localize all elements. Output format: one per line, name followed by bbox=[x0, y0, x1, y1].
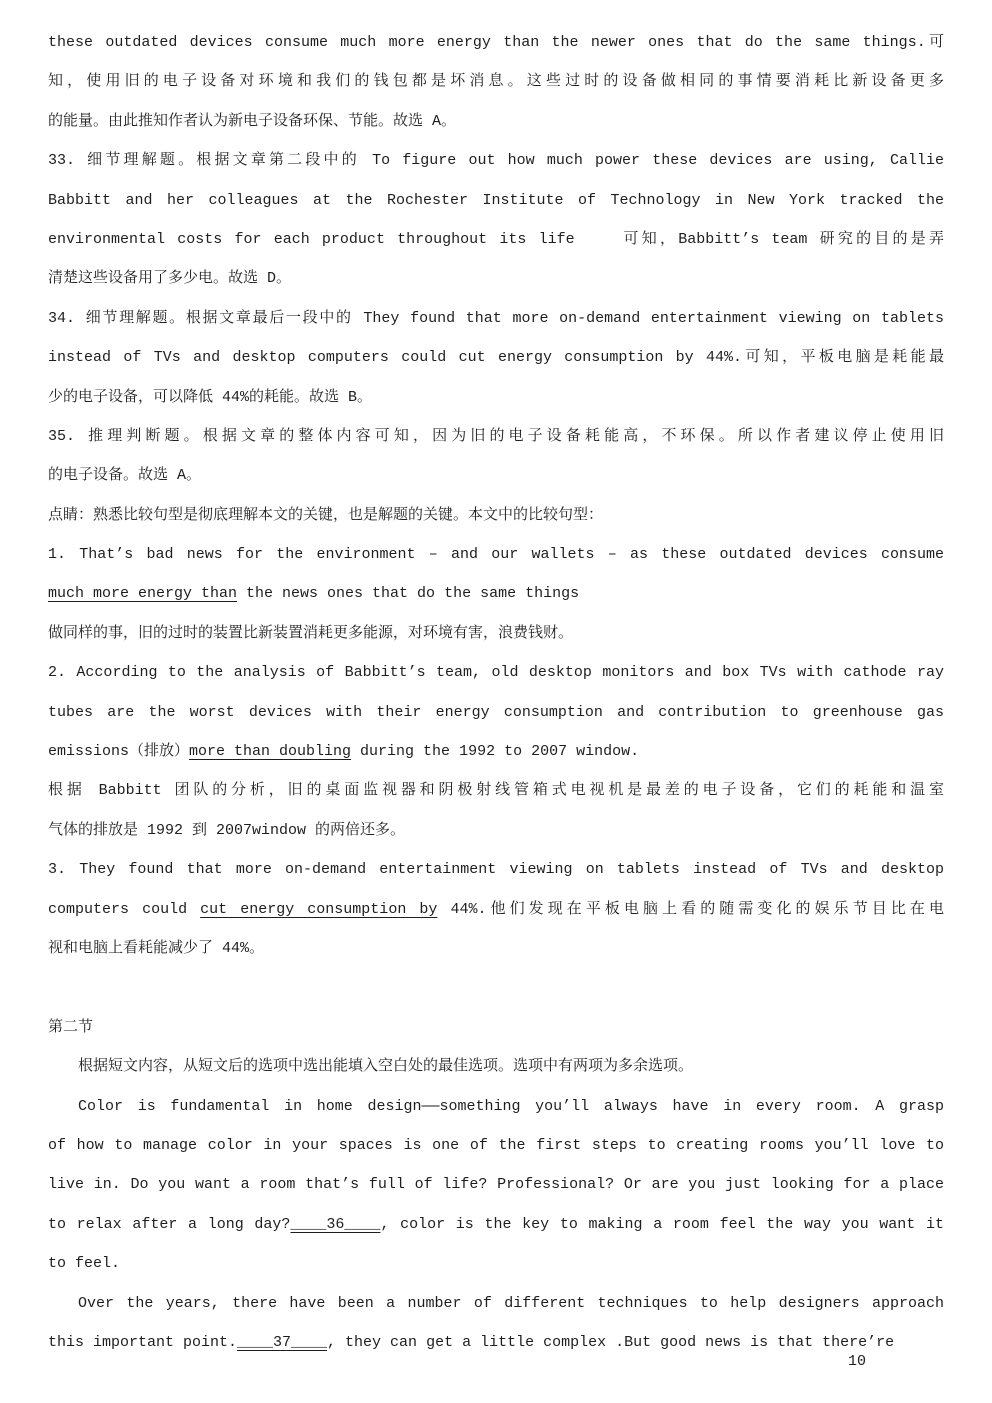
document-line: 33. 细节理解题。根据文章第二段中的 To figure out how mu… bbox=[48, 141, 944, 180]
document-line: 3. They found that more on-demand entert… bbox=[48, 850, 944, 889]
text-segment: Babbitt and her colleagues at the Roches… bbox=[48, 192, 944, 209]
underlined-phrase: more than doubling bbox=[189, 743, 351, 760]
document-line: 根据 Babbitt 团队的分析，旧的桌面监视器和阴极射线管箱式电视机是最差的电… bbox=[48, 771, 944, 810]
document-line: 少的电子设备，可以降低 44%的耗能。故选 B。 bbox=[48, 378, 944, 417]
text-segment: to feel. bbox=[48, 1255, 120, 1272]
text-segment: 35. 推理判断题。根据文章的整体内容可知，因为旧的电子设备耗能高，不环保。所以… bbox=[48, 428, 944, 445]
text-segment: 1. That’s bad news for the environment –… bbox=[48, 546, 944, 563]
document-line: Color is fundamental in home design——som… bbox=[48, 1087, 944, 1126]
document-line: 点睛：熟悉比较句型是彻底理解本文的关键，也是解题的关键。本文中的比较句型： bbox=[48, 496, 944, 535]
document-line: 2. According to the analysis of Babbitt’… bbox=[48, 653, 944, 692]
text-segment: 3. They found that more on-demand entert… bbox=[48, 861, 944, 878]
text-segment: of how to manage color in your spaces is… bbox=[48, 1137, 944, 1154]
text-segment: 知，使用旧的电子设备对环境和我们的钱包都是坏消息。这些过时的设备做相同的事情要消… bbox=[48, 73, 944, 90]
text-segment: live in. Do you want a room that’s full … bbox=[48, 1176, 944, 1193]
text-segment: 根据 Babbitt 团队的分析，旧的桌面监视器和阴极射线管箱式电视机是最差的电… bbox=[48, 782, 944, 799]
document-line: instead of TVs and desktop computers cou… bbox=[48, 338, 944, 377]
text-segment: 少的电子设备，可以降低 44%的耗能。故选 B。 bbox=[48, 389, 372, 406]
text-segment: tubes are the worst devices with their e… bbox=[48, 704, 944, 721]
document-line: these outdated devices consume much more… bbox=[48, 23, 944, 62]
underlined-phrase: cut energy consumption by bbox=[200, 901, 437, 918]
text-segment: , they can get a little complex .But goo… bbox=[327, 1334, 894, 1351]
text-segment: 做同样的事，旧的过时的装置比新装置消耗更多能源，对环境有害，浪费钱财。 bbox=[48, 625, 573, 642]
text-segment: 清楚这些设备用了多少电。故选 D。 bbox=[48, 270, 291, 287]
document-body: these outdated devices consume much more… bbox=[48, 23, 944, 1362]
underlined-phrase: ____36____ bbox=[290, 1216, 380, 1233]
text-segment: 点睛：熟悉比较句型是彻底理解本文的关键，也是解题的关键。本文中的比较句型： bbox=[48, 507, 603, 524]
document-line: 的能量。由此推知作者认为新电子设备环保、节能。故选 A。 bbox=[48, 102, 944, 141]
document-line: 根据短文内容，从短文后的选项中选出能填入空白处的最佳选项。选项中有两项为多余选项… bbox=[48, 1047, 944, 1086]
text-segment: during the 1992 to 2007 window. bbox=[351, 743, 639, 760]
document-line: 气体的排放是 1992 到 2007window 的两倍还多。 bbox=[48, 811, 944, 850]
text-segment: 2. According to the analysis of Babbitt’… bbox=[48, 664, 944, 681]
text-segment: , color is the key to making a room feel… bbox=[380, 1216, 944, 1233]
document-line: 1. That’s bad news for the environment –… bbox=[48, 535, 944, 574]
document-line: 做同样的事，旧的过时的装置比新装置消耗更多能源，对环境有害，浪费钱财。 bbox=[48, 614, 944, 653]
document-line: tubes are the worst devices with their e… bbox=[48, 693, 944, 732]
document-line: 清楚这些设备用了多少电。故选 D。 bbox=[48, 259, 944, 298]
text-segment: 的电子设备。故选 A。 bbox=[48, 467, 201, 484]
text-segment: 气体的排放是 1992 到 2007window 的两倍还多。 bbox=[48, 822, 405, 839]
document-line: much more energy than the news ones that… bbox=[48, 574, 944, 613]
text-segment: Color is fundamental in home design——som… bbox=[78, 1098, 944, 1115]
text-segment: 第二节 bbox=[48, 1019, 93, 1036]
text-segment: 视和电脑上看耗能减少了 44%。 bbox=[48, 940, 264, 957]
text-segment: to relax after a long day? bbox=[48, 1216, 290, 1233]
document-page: these outdated devices consume much more… bbox=[0, 0, 992, 1403]
text-segment: computers could bbox=[48, 901, 200, 918]
text-segment: 的能量。由此推知作者认为新电子设备环保、节能。故选 A。 bbox=[48, 113, 456, 130]
document-line: live in. Do you want a room that’s full … bbox=[48, 1165, 944, 1204]
underlined-phrase: ____37____ bbox=[237, 1334, 327, 1351]
document-line: Babbitt and her colleagues at the Roches… bbox=[48, 181, 944, 220]
document-line: 第二节 bbox=[48, 1008, 944, 1047]
text-segment: these outdated devices consume much more… bbox=[48, 34, 944, 51]
text-segment: 根据短文内容，从短文后的选项中选出能填入空白处的最佳选项。选项中有两项为多余选项… bbox=[78, 1058, 693, 1075]
text-segment: 44%.他们发现在平板电脑上看的随需变化的娱乐节目比在电 bbox=[437, 901, 944, 918]
text-segment: emissions（排放） bbox=[48, 743, 189, 760]
document-line: 的电子设备。故选 A。 bbox=[48, 456, 944, 495]
text-segment: environmental costs for each product thr… bbox=[48, 231, 944, 248]
blank-line bbox=[48, 968, 944, 1007]
text-segment: this important point. bbox=[48, 1334, 237, 1351]
document-line: computers could cut energy consumption b… bbox=[48, 890, 944, 929]
document-line: 35. 推理判断题。根据文章的整体内容可知，因为旧的电子设备耗能高，不环保。所以… bbox=[48, 417, 944, 456]
document-line: environmental costs for each product thr… bbox=[48, 220, 944, 259]
document-line: 知，使用旧的电子设备对环境和我们的钱包都是坏消息。这些过时的设备做相同的事情要消… bbox=[48, 62, 944, 101]
text-segment: the news ones that do the same things bbox=[237, 585, 579, 602]
document-line: to feel. bbox=[48, 1244, 944, 1283]
document-line: of how to manage color in your spaces is… bbox=[48, 1126, 944, 1165]
text-segment: instead of TVs and desktop computers cou… bbox=[48, 349, 944, 366]
document-line: emissions（排放）more than doubling during t… bbox=[48, 732, 944, 771]
text-segment: 34. 细节理解题。根据文章最后一段中的 They found that mor… bbox=[48, 310, 944, 327]
text-segment: 33. 细节理解题。根据文章第二段中的 To figure out how mu… bbox=[48, 152, 944, 169]
document-line: Over the years, there have been a number… bbox=[48, 1284, 944, 1323]
underlined-phrase: much more energy than bbox=[48, 585, 237, 602]
page-number: 10 bbox=[848, 1352, 866, 1372]
document-line: to relax after a long day?____36____, co… bbox=[48, 1205, 944, 1244]
text-segment: Over the years, there have been a number… bbox=[78, 1295, 944, 1312]
document-line: this important point.____37____, they ca… bbox=[48, 1323, 944, 1362]
document-line: 视和电脑上看耗能减少了 44%。 bbox=[48, 929, 944, 968]
document-line: 34. 细节理解题。根据文章最后一段中的 They found that mor… bbox=[48, 299, 944, 338]
